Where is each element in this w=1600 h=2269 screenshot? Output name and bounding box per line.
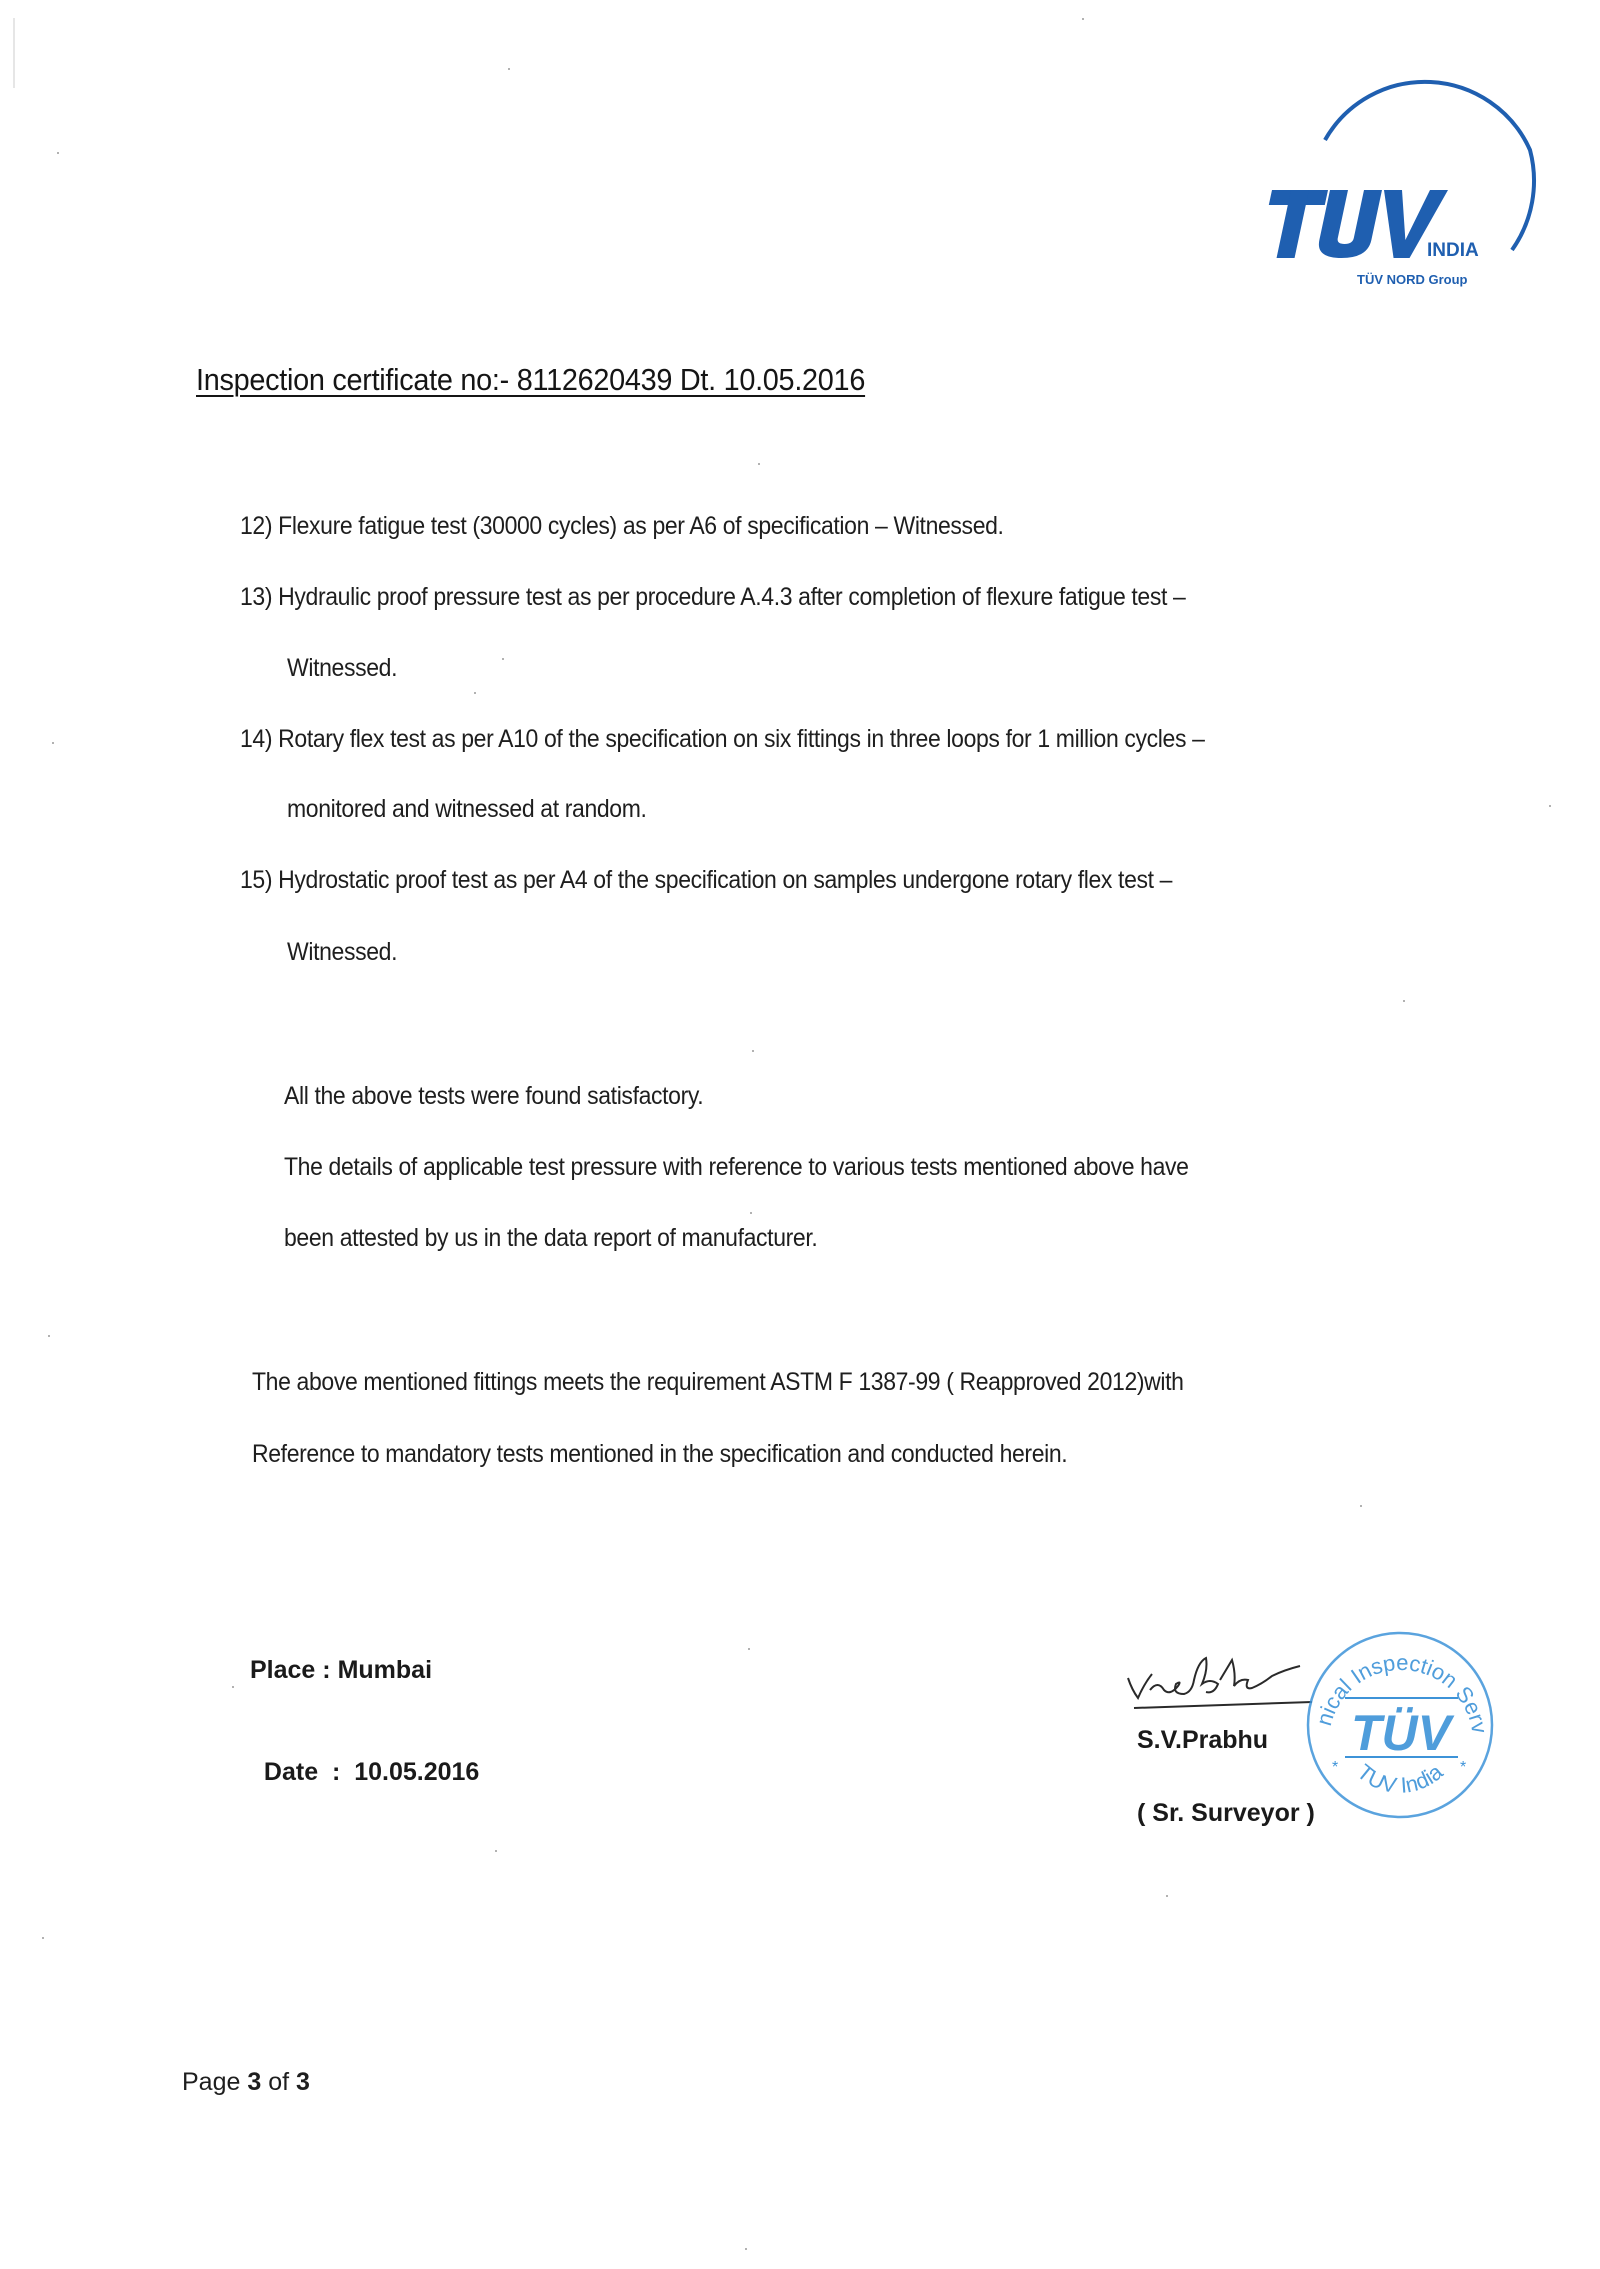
tuv-india-logo: INDIA TÜV NORD Group [1240,55,1570,295]
scan-speck [745,2248,747,2250]
svg-text:*: * [1460,1759,1466,1776]
scan-speck [502,658,504,660]
date-field: Date : 10.05.2016 [250,1729,479,1787]
page-number: Page 3 of 3 [182,2068,310,2097]
scan-speck [750,1212,752,1214]
scan-speck [52,742,54,744]
test-description: Hydrostatic proof test as per A4 of the … [278,866,1172,894]
tuv-india-stamp: Technical Inspection Services TÜV * * TU… [1300,1620,1500,1825]
scan-speck [48,1335,50,1337]
scan-speck [748,1648,750,1650]
page-current: 3 [247,2068,261,2096]
test-item-14: 14) Rotary flex test as per A10 of the s… [240,725,1205,754]
signatory-name: S.V.Prabhu [1137,1726,1268,1755]
test-item-15: 15) Hydrostatic proof test as per A4 of … [240,866,1172,895]
svg-text:INDIA: INDIA [1427,240,1479,261]
place-value: Mumbai [338,1656,432,1684]
tuv-logo-icon: INDIA TÜV NORD Group [1240,55,1570,295]
certificate-title: Inspection certificate no:- 8112620439 D… [196,362,865,398]
test-number: 15) [240,866,272,894]
test-item-13-continuation: Witnessed. [287,654,397,683]
svg-text:TÜV: TÜV [1351,1705,1455,1761]
scan-speck [758,463,760,465]
place-field: Place : Mumbai [250,1656,432,1685]
place-label: Place : [250,1656,338,1684]
test-description: Rotary flex test as per A10 of the speci… [278,725,1204,753]
stamp-icon: Technical Inspection Services TÜV * * TU… [1300,1620,1500,1825]
page-total: 3 [296,2068,310,2096]
page-of: of [261,2068,296,2096]
conclusion-line1: The above mentioned fittings meets the r… [252,1368,1184,1397]
scan-speck [508,68,510,70]
date-value: 10.05.2016 [354,1758,479,1786]
test-item-13: 13) Hydraulic proof pressure test as per… [240,583,1185,612]
scan-speck [42,1937,44,1939]
test-description: Flexure fatigue test (30000 cycles) as p… [278,512,1003,540]
details-statement-line2: been attested by us in the data report o… [284,1224,817,1253]
test-item-12: 12) Flexure fatigue test (30000 cycles) … [240,512,1004,541]
svg-text:TÜV NORD Group: TÜV NORD Group [1357,272,1468,287]
scan-speck [57,152,59,154]
scan-speck [232,1686,234,1688]
test-description: Hydraulic proof pressure test as per pro… [278,583,1185,611]
svg-text:TUV India: TUV India [1353,1759,1449,1798]
test-item-15-continuation: Witnessed. [287,938,397,967]
signatory-role: ( Sr. Surveyor ) [1137,1799,1315,1828]
conclusion-line2: Reference to mandatory tests mentioned i… [252,1440,1067,1469]
test-item-14-continuation: monitored and witnessed at random. [287,795,647,824]
satisfactory-statement: All the above tests were found satisfact… [284,1082,703,1111]
test-number: 12) [240,512,272,540]
scan-artifact [13,18,15,88]
page-prefix: Page [182,2068,247,2096]
scan-speck [752,1050,754,1052]
scan-speck [1082,18,1084,20]
scan-speck [1360,1505,1362,1507]
scan-speck [1403,1000,1405,1002]
details-statement-line1: The details of applicable test pressure … [284,1153,1189,1182]
scan-speck [495,1850,497,1852]
svg-text:*: * [1332,1759,1338,1776]
date-label: Date : [264,1758,354,1786]
test-number: 14) [240,725,272,753]
test-number: 13) [240,583,272,611]
scan-speck [1549,805,1551,807]
scan-speck [1166,1895,1168,1897]
scan-speck [474,692,476,694]
